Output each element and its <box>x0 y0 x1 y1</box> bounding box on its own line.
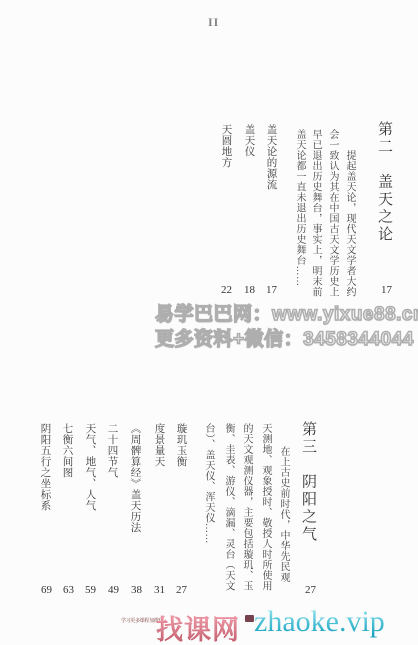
toc-entry-page: 22 <box>221 284 232 296</box>
watermark-trademark-mark <box>245 615 254 622</box>
chapter-3-intro-col-5: 台）、盖天仪、浑天仪…… <box>203 423 213 544</box>
toc-entry-title: 璇玑玉衡 <box>175 423 186 467</box>
toc-entry-page: 27 <box>176 584 187 596</box>
chapter-3-page-number: 27 <box>305 584 316 596</box>
watermark-site-url: zhaoke.vip <box>254 605 385 639</box>
toc-entry-page: 49 <box>108 584 119 596</box>
chapter-3-heading: 第三 阴阳之气 <box>299 421 317 544</box>
chapter-2-intro-col-2: 会一致认为其在中国古天文学历史上 <box>327 129 337 297</box>
toc-entry-title: 盖天论的源流 <box>265 124 276 190</box>
toc-entry-page: 63 <box>63 584 74 596</box>
toc-entry-title: 二十四节气 <box>106 423 117 478</box>
toc-entry-title: 天气、地气、人气 <box>84 423 95 511</box>
toc-entry-title: 盖天仪 <box>243 124 254 157</box>
watermark-brand-name: 找课网 <box>156 608 240 645</box>
chapter-3-intro-col-1: 在上古史前时代，中华先民观 <box>278 446 288 583</box>
watermark-contact-line: 更多资料+微信：3458344044 <box>155 324 414 351</box>
chapter-2-intro-col-4: 盖天论都一直未退出历史舞台…… <box>294 129 304 287</box>
book-page: II 第二 盖天之论 17 提起盖天论，现代天文学者大约 会一致认为其在中国古天… <box>0 0 418 645</box>
chapter-3-intro-col-2: 天测地、观象授时、敬授人时所使用 <box>260 423 270 591</box>
toc-entry-page: 18 <box>244 284 255 296</box>
page-number-roman: II <box>208 15 219 30</box>
toc-entry-page: 17 <box>266 284 277 296</box>
chapter-2-intro-col-3: 早已退出历史舞台，事实上，明末前 <box>310 129 320 297</box>
watermark-site-line: 易学巴巴网：www.yixue88.cn <box>155 299 418 326</box>
chapter-3-intro-col-4: 衡、圭表、游仪、滴漏、灵台（天文 <box>223 423 233 591</box>
toc-entry-title: 七衡六间图 <box>61 423 72 478</box>
toc-entry-page: 59 <box>85 584 96 596</box>
toc-entry-title: 《周髀算经》盖天历法 <box>129 423 140 533</box>
chapter-2-intro-col-1: 提起盖天论，现代天文学者大约 <box>344 150 354 297</box>
toc-entry-title: 度景量天 <box>153 423 164 467</box>
toc-entry-title: 阴阳五行之坐标系 <box>39 423 50 511</box>
toc-entry-page: 69 <box>41 584 52 596</box>
toc-entry-page: 31 <box>154 584 165 596</box>
chapter-2-heading: 第二 盖天之论 <box>375 121 393 244</box>
chapter-2-page-number: 17 <box>381 284 392 296</box>
chapter-3-intro-col-3: 的天文观测仪器，主要包括璇玑、玉 <box>241 423 251 591</box>
toc-entry-title: 天圆地方 <box>220 124 231 168</box>
toc-entry-page: 38 <box>131 584 142 596</box>
